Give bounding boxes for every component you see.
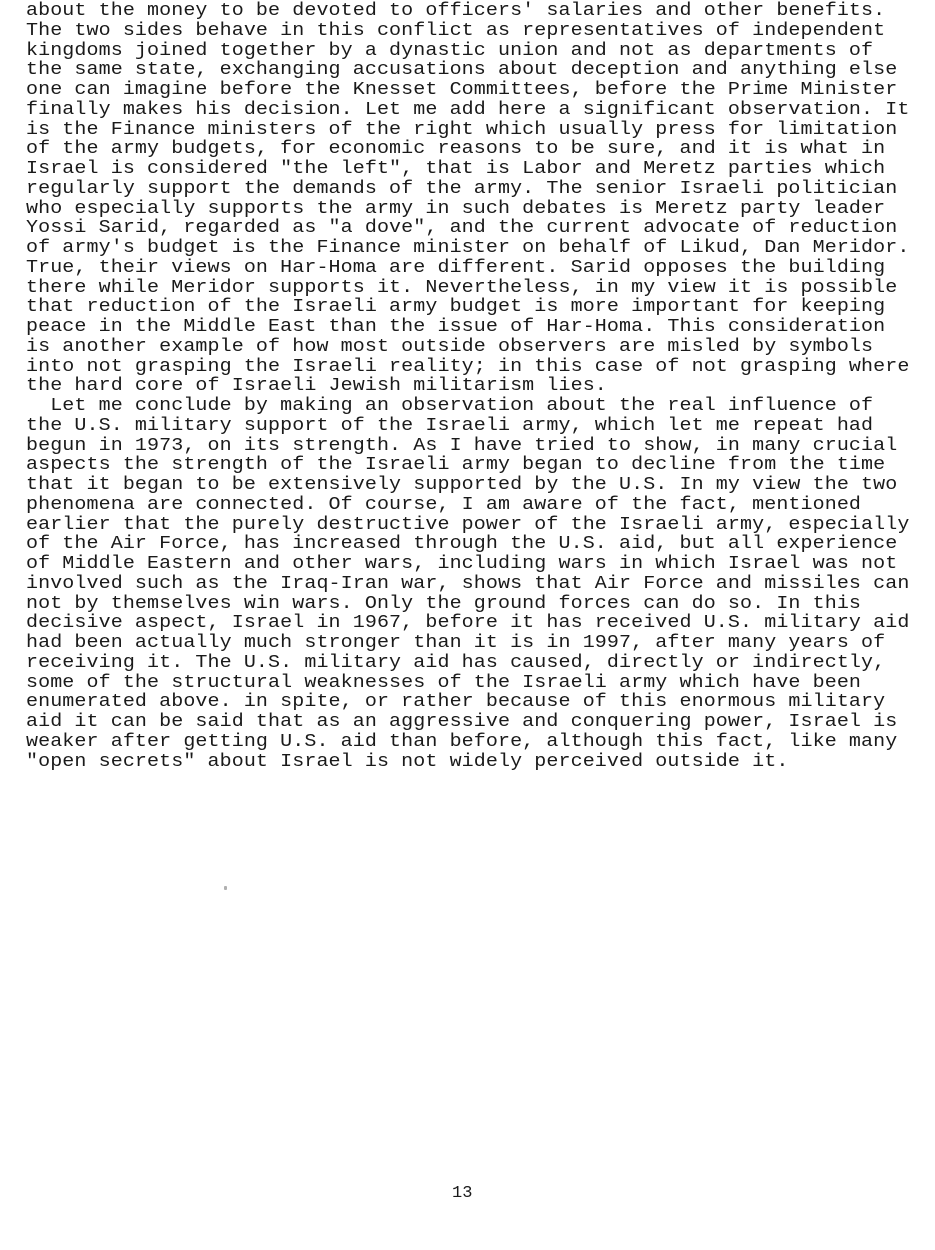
text-line: Israel is considered "the left", that is… [26, 160, 931, 178]
text-line: Yossi Sarid, regarded as "a dove", and t… [26, 219, 931, 237]
text-line: not by themselves win wars. Only the gro… [26, 595, 931, 613]
text-line: of the army budgets, for economic reason… [26, 140, 931, 158]
text-line: the same state, exchanging accusations a… [26, 61, 931, 79]
text-line: The two sides behave in this conflict as… [26, 22, 931, 40]
text-line: of Middle Eastern and other wars, includ… [26, 555, 931, 573]
text-line: about the money to be devoted to officer… [26, 2, 931, 20]
text-line: is another example of how most outside o… [26, 338, 931, 356]
text-line: aspects the strength of the Israeli army… [26, 456, 931, 474]
document-body: about the money to be devoted to officer… [26, 2, 931, 772]
text-line: phenomena are connected. Of course, I am… [26, 496, 931, 514]
text-line: enumerated above. in spite, or rather be… [26, 693, 931, 711]
text-line: the hard core of Israeli Jewish militari… [26, 377, 931, 395]
text-line: "open secrets" about Israel is not widel… [26, 753, 931, 771]
text-line: receiving it. The U.S. military aid has … [26, 654, 931, 672]
text-line: Let me conclude by making an observation… [26, 397, 931, 415]
scan-speck [224, 886, 227, 890]
text-line: that it began to be extensively supporte… [26, 476, 931, 494]
page-number: 13 [452, 1184, 472, 1203]
text-line: weaker after getting U.S. aid than befor… [26, 733, 931, 751]
text-line: into not grasping the Israeli reality; i… [26, 358, 931, 376]
text-line: earlier that the purely destructive powe… [26, 516, 931, 534]
text-line: peace in the Middle East than the issue … [26, 318, 931, 336]
text-line: True, their views on Har-Homa are differ… [26, 259, 931, 277]
text-line: begun in 1973, on its strength. As I hav… [26, 437, 931, 455]
text-line: that reduction of the Israeli army budge… [26, 298, 931, 316]
text-line: is the Finance ministers of the right wh… [26, 121, 931, 139]
text-line: decisive aspect, Israel in 1967, before … [26, 614, 931, 632]
text-line: one can imagine before the Knesset Commi… [26, 81, 931, 99]
text-line: of army's budget is the Finance minister… [26, 239, 931, 257]
text-line: regularly support the demands of the arm… [26, 180, 931, 198]
text-line: there while Meridor supports it. Neverth… [26, 279, 931, 297]
text-line: finally makes his decision. Let me add h… [26, 101, 931, 119]
text-line: aid it can be said that as an aggressive… [26, 713, 931, 731]
text-line: some of the structural weaknesses of the… [26, 674, 931, 692]
text-line: who especially supports the army in such… [26, 200, 931, 218]
text-line: had been actually much stronger than it … [26, 634, 931, 652]
text-line: of the Air Force, has increased through … [26, 535, 931, 553]
text-line: the U.S. military support of the Israeli… [26, 417, 931, 435]
text-line: kingdoms joined together by a dynastic u… [26, 42, 931, 60]
text-line: involved such as the Iraq-Iran war, show… [26, 575, 931, 593]
